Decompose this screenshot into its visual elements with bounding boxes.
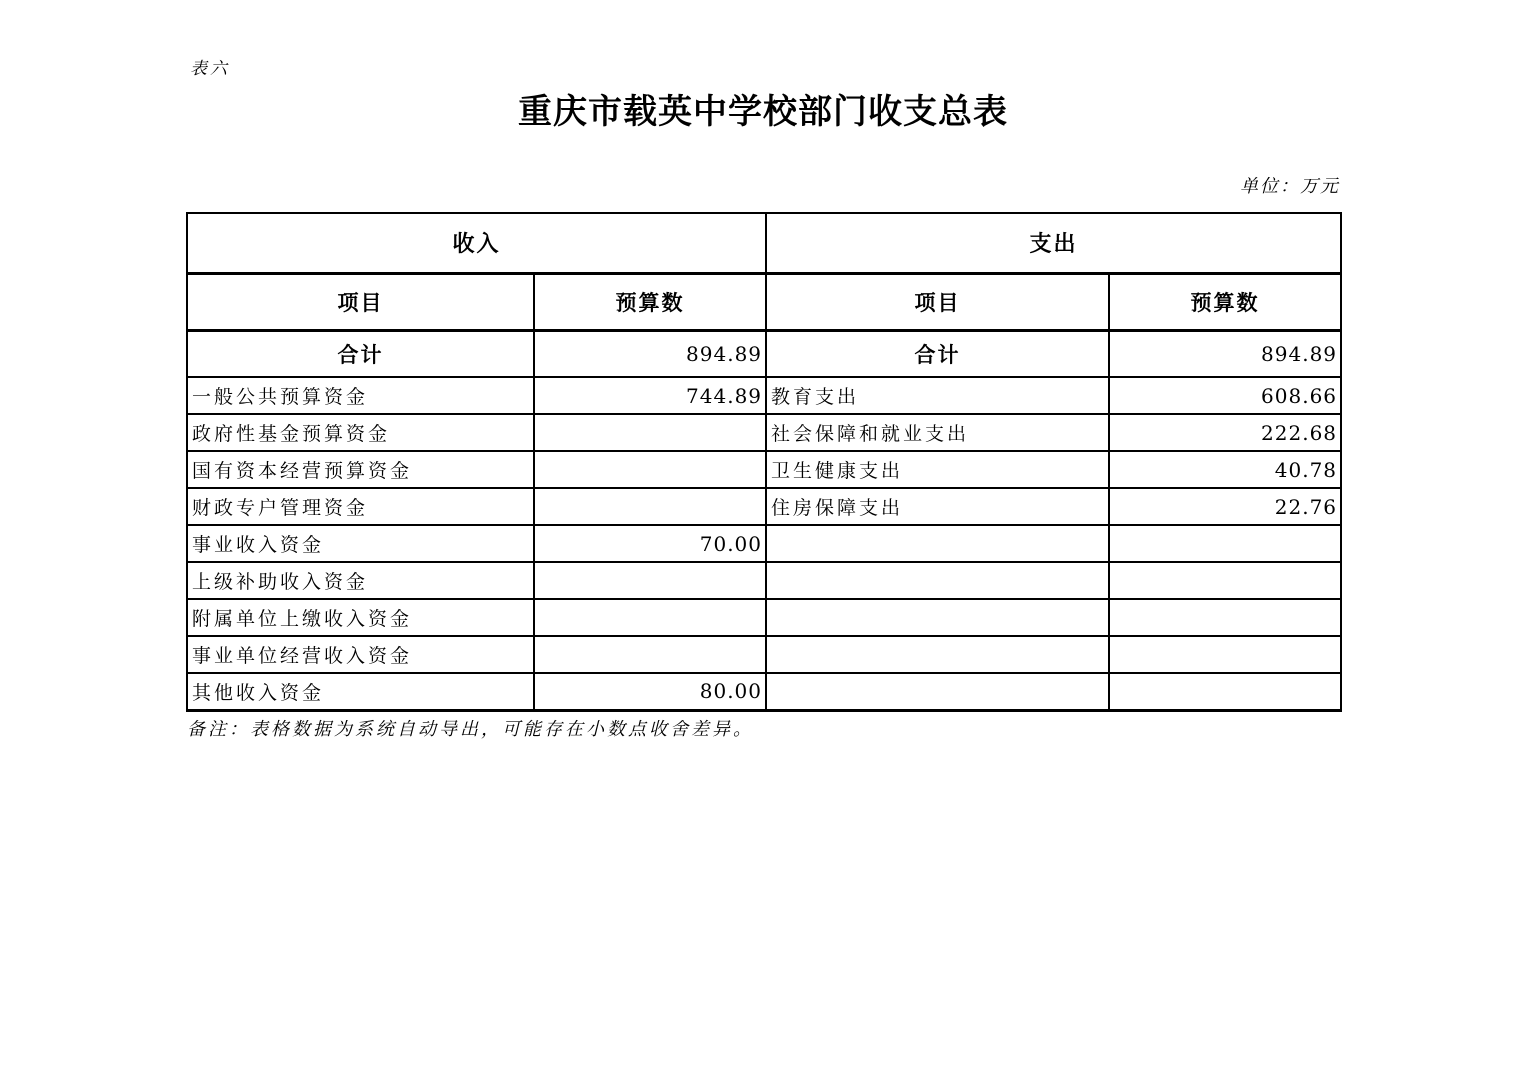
table-row: 政府性基金预算资金 社会保障和就业支出 222.68 bbox=[187, 414, 1341, 451]
expense-budget-cell: 222.68 bbox=[1109, 414, 1341, 451]
table-row: 一般公共预算资金 744.89 教育支出 608.66 bbox=[187, 377, 1341, 414]
expense-item-cell: 教育支出 bbox=[766, 377, 1109, 414]
expense-item-cell bbox=[766, 562, 1109, 599]
income-budget-cell bbox=[534, 451, 766, 488]
expense-budget-cell: 608.66 bbox=[1109, 377, 1341, 414]
table-row: 其他收入资金 80.00 bbox=[187, 673, 1341, 710]
expense-item-cell: 卫生健康支出 bbox=[766, 451, 1109, 488]
unit-label: 单位：万元 bbox=[186, 172, 1340, 198]
income-item-cell: 上级补助收入资金 bbox=[187, 562, 534, 599]
income-item-cell: 财政专户管理资金 bbox=[187, 488, 534, 525]
income-item-cell: 附属单位上缴收入资金 bbox=[187, 599, 534, 636]
table-row: 事业单位经营收入资金 bbox=[187, 636, 1341, 673]
income-item-cell: 事业收入资金 bbox=[187, 525, 534, 562]
expense-item-cell bbox=[766, 673, 1109, 710]
expense-budget-column-header: 预算数 bbox=[1109, 273, 1341, 330]
total-row: 合计 894.89 合计 894.89 bbox=[187, 330, 1341, 377]
table-row: 事业收入资金 70.00 bbox=[187, 525, 1341, 562]
table-row: 附属单位上缴收入资金 bbox=[187, 599, 1341, 636]
expense-budget-cell bbox=[1109, 599, 1341, 636]
expense-item-cell bbox=[766, 599, 1109, 636]
expense-budget-cell bbox=[1109, 636, 1341, 673]
expense-budget-cell bbox=[1109, 525, 1341, 562]
income-budget-cell: 80.00 bbox=[534, 673, 766, 710]
table-row: 财政专户管理资金 住房保障支出 22.76 bbox=[187, 488, 1341, 525]
budget-table: 收入 支出 项目 预算数 项目 预算数 合计 894.89 合计 894.89 … bbox=[186, 212, 1342, 712]
expense-group-header: 支出 bbox=[766, 213, 1341, 273]
income-item-column-header: 项目 bbox=[187, 273, 534, 330]
expense-budget-cell bbox=[1109, 562, 1341, 599]
page-title: 重庆市载英中学校部门收支总表 bbox=[186, 84, 1340, 133]
income-budget-cell bbox=[534, 562, 766, 599]
income-budget-cell: 70.00 bbox=[534, 525, 766, 562]
income-item-cell: 一般公共预算资金 bbox=[187, 377, 534, 414]
expense-item-cell bbox=[766, 525, 1109, 562]
expense-item-cell: 住房保障支出 bbox=[766, 488, 1109, 525]
expense-item-cell: 社会保障和就业支出 bbox=[766, 414, 1109, 451]
footnote: 备注：表格数据为系统自动导出，可能存在小数点收舍差异。 bbox=[187, 715, 754, 741]
income-group-header: 收入 bbox=[187, 213, 766, 273]
income-budget-cell: 744.89 bbox=[534, 377, 766, 414]
column-header-row: 项目 预算数 项目 预算数 bbox=[187, 273, 1341, 330]
table-row: 上级补助收入资金 bbox=[187, 562, 1341, 599]
expense-item-column-header: 项目 bbox=[766, 273, 1109, 330]
income-item-cell: 其他收入资金 bbox=[187, 673, 534, 710]
expense-total-value-cell: 894.89 bbox=[1109, 330, 1341, 377]
income-item-cell: 国有资本经营预算资金 bbox=[187, 451, 534, 488]
income-total-label-cell: 合计 bbox=[187, 330, 534, 377]
expense-budget-cell bbox=[1109, 673, 1341, 710]
income-budget-column-header: 预算数 bbox=[534, 273, 766, 330]
income-budget-cell bbox=[534, 414, 766, 451]
income-total-value-cell: 894.89 bbox=[534, 330, 766, 377]
income-item-cell: 事业单位经营收入资金 bbox=[187, 636, 534, 673]
income-budget-cell bbox=[534, 636, 766, 673]
income-item-cell: 政府性基金预算资金 bbox=[187, 414, 534, 451]
expense-budget-cell: 40.78 bbox=[1109, 451, 1341, 488]
expense-budget-cell: 22.76 bbox=[1109, 488, 1341, 525]
document-page: 表六 重庆市载英中学校部门收支总表 单位：万元 收入 支出 项目 预算数 项目 … bbox=[0, 0, 1520, 1074]
income-budget-cell bbox=[534, 488, 766, 525]
income-budget-cell bbox=[534, 599, 766, 636]
table-body: 合计 894.89 合计 894.89 一般公共预算资金 744.89 教育支出… bbox=[187, 330, 1341, 710]
expense-total-label-cell: 合计 bbox=[766, 330, 1109, 377]
group-header-row: 收入 支出 bbox=[187, 213, 1341, 273]
table-number-label: 表六 bbox=[190, 54, 230, 79]
table-row: 国有资本经营预算资金 卫生健康支出 40.78 bbox=[187, 451, 1341, 488]
expense-item-cell bbox=[766, 636, 1109, 673]
